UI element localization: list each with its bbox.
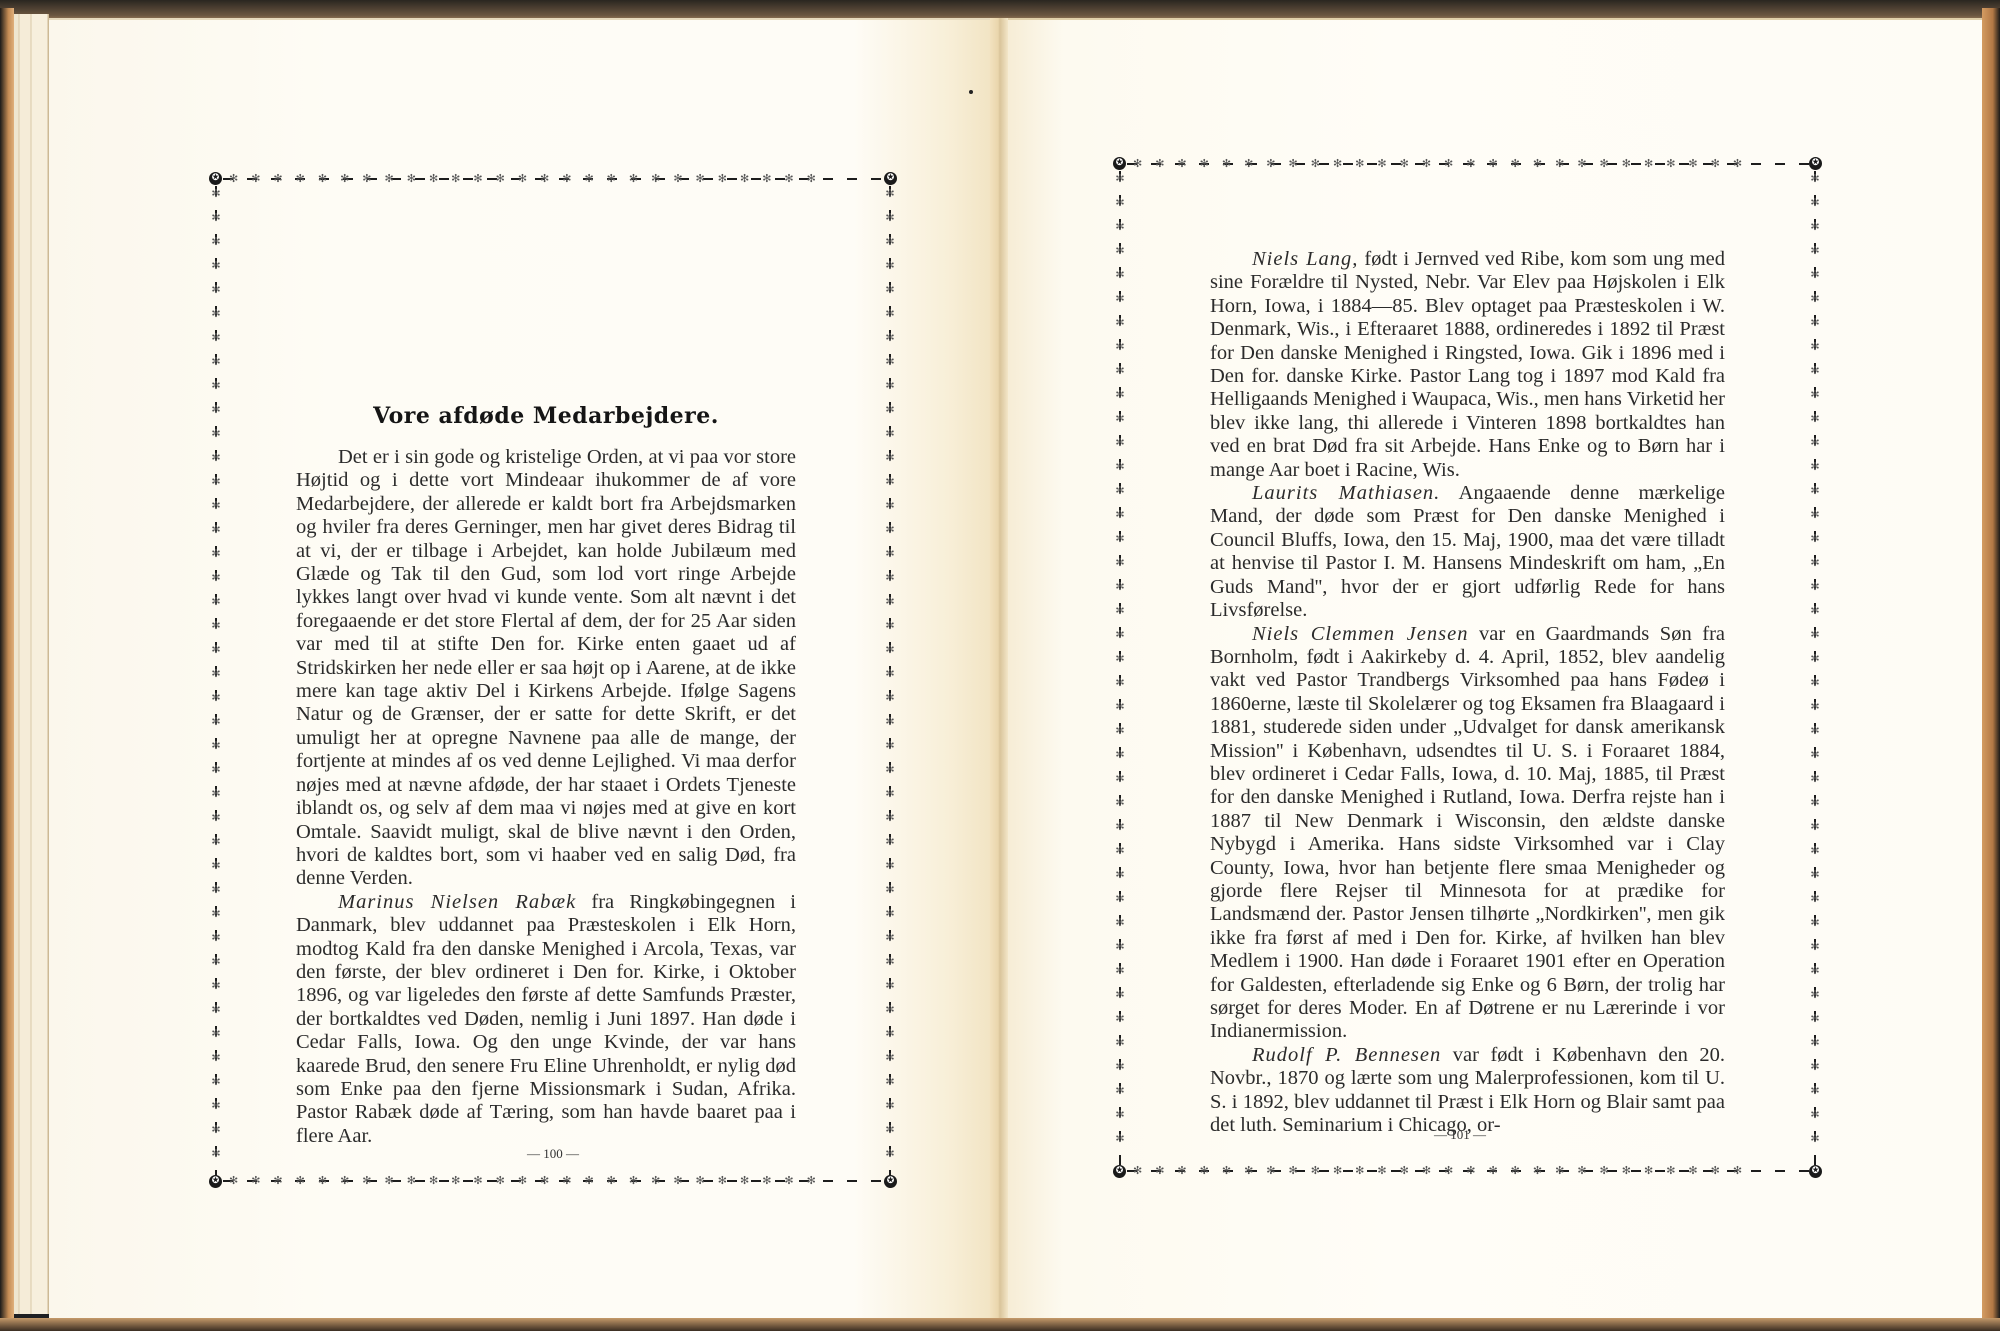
person-name: Marinus Nielsen Rabæk	[338, 891, 576, 913]
page-stack-left	[14, 14, 49, 1314]
corner-star-icon: ✪	[1113, 157, 1126, 170]
border-bottom: ✻✻✻✻✻✻✻✻✻✻✻✻✻✻✻✻✻✻✻✻✻✻✻✻✻✻✻	[219, 1174, 887, 1188]
paragraph-jensen: Niels Clemmen Jensen var en Gaardmands S…	[1210, 623, 1725, 1044]
star-ornament-row: ✻✻✻✻✻✻✻✻✻✻✻✻✻✻✻✻✻✻✻✻✻✻✻✻✻✻✻✻	[1123, 157, 1812, 171]
person-name: Niels Lang,	[1252, 248, 1358, 270]
star-ornament-column: ✻✻✻✻✻✻✻✻✻✻✻✻✻✻✻✻✻✻✻✻✻✻✻✻✻✻✻✻✻✻✻✻✻✻✻✻✻✻✻✻…	[1808, 167, 1822, 1168]
paragraph-text: fra Ringkøbingegnen i Danmark, blev udda…	[296, 891, 796, 1147]
paragraph-intro: Det er i sin gode og kristelige Orden, a…	[296, 446, 796, 891]
star-ornament-row: ✻✻✻✻✻✻✻✻✻✻✻✻✻✻✻✻✻✻✻✻✻✻✻✻✻✻✻	[219, 172, 887, 186]
corner-star-icon: ✪	[1113, 1165, 1126, 1178]
paper-speck	[969, 90, 973, 94]
page-number-left: — 100 —	[493, 1146, 613, 1162]
star-ornament-column: ✻✻✻✻✻✻✻✻✻✻✻✻✻✻✻✻✻✻✻✻✻✻✻✻✻✻✻✻✻✻✻✻✻✻✻✻✻✻✻✻…	[883, 182, 897, 1178]
paragraph-text: var en Gaardmands Søn fra Bornholm, født…	[1210, 623, 1725, 1043]
left-page-body: Det er i sin gode og kristelige Orden, a…	[296, 446, 796, 1148]
book-cover-right-edge	[1982, 8, 2000, 1323]
border-left: ✻✻✻✻✻✻✻✻✻✻✻✻✻✻✻✻✻✻✻✻✻✻✻✻✻✻✻✻✻✻✻✻✻✻✻✻✻✻✻✻…	[209, 182, 223, 1178]
person-name: Niels Clemmen Jensen	[1252, 623, 1468, 645]
corner-star-icon: ✪	[884, 172, 897, 185]
book-cover-left-edge	[0, 8, 14, 1323]
border-top: ✻✻✻✻✻✻✻✻✻✻✻✻✻✻✻✻✻✻✻✻✻✻✻✻✻✻✻✻	[1123, 157, 1812, 171]
border-right: ✻✻✻✻✻✻✻✻✻✻✻✻✻✻✻✻✻✻✻✻✻✻✻✻✻✻✻✻✻✻✻✻✻✻✻✻✻✻✻✻…	[1808, 167, 1822, 1168]
corner-star-icon: ✪	[1809, 1165, 1822, 1178]
page-number-right: — 101 —	[1400, 1127, 1520, 1143]
corner-star-icon: ✪	[884, 1175, 897, 1188]
paragraph-text: Det er i sin gode og kristelige Orden, a…	[296, 446, 796, 889]
border-right: ✻✻✻✻✻✻✻✻✻✻✻✻✻✻✻✻✻✻✻✻✻✻✻✻✻✻✻✻✻✻✻✻✻✻✻✻✻✻✻✻…	[883, 182, 897, 1178]
star-ornament-column: ✻✻✻✻✻✻✻✻✻✻✻✻✻✻✻✻✻✻✻✻✻✻✻✻✻✻✻✻✻✻✻✻✻✻✻✻✻✻✻✻…	[209, 182, 223, 1178]
corner-star-icon: ✪	[1809, 157, 1822, 170]
person-name: Rudolf P. Bennesen	[1252, 1044, 1441, 1066]
chapter-title: Vore afdøde Medarbejdere.	[296, 403, 796, 429]
book-bottom-edge	[0, 1318, 2000, 1331]
corner-star-icon: ✪	[209, 1175, 222, 1188]
paragraph-text: født i Jernved ved Ribe, kom som ung med…	[1210, 248, 1725, 481]
border-bottom: ✻✻✻✻✻✻✻✻✻✻✻✻✻✻✻✻✻✻✻✻✻✻✻✻✻✻✻✻	[1123, 1164, 1812, 1178]
border-top: ✻✻✻✻✻✻✻✻✻✻✻✻✻✻✻✻✻✻✻✻✻✻✻✻✻✻✻	[219, 172, 887, 186]
corner-star-icon: ✪	[209, 172, 222, 185]
paragraph-mathiasen: Laurits Mathiasen. Angaaende denne mærke…	[1210, 482, 1725, 622]
star-ornament-row: ✻✻✻✻✻✻✻✻✻✻✻✻✻✻✻✻✻✻✻✻✻✻✻✻✻✻✻	[219, 1174, 887, 1188]
right-page-body: Niels Lang, født i Jernved ved Ribe, kom…	[1210, 248, 1725, 1137]
paragraph-bennesen: Rudolf P. Bennesen var født i København …	[1210, 1044, 1725, 1138]
paragraph-rabaek: Marinus Nielsen Rabæk fra Ringkøbingegne…	[296, 891, 796, 1148]
person-name: Laurits Mathiasen.	[1252, 482, 1440, 504]
book-gutter	[990, 18, 1008, 1318]
border-left: ✻✻✻✻✻✻✻✻✻✻✻✻✻✻✻✻✻✻✻✻✻✻✻✻✻✻✻✻✻✻✻✻✻✻✻✻✻✻✻✻…	[1113, 167, 1127, 1168]
paragraph-lang: Niels Lang, født i Jernved ved Ribe, kom…	[1210, 248, 1725, 482]
star-ornament-row: ✻✻✻✻✻✻✻✻✻✻✻✻✻✻✻✻✻✻✻✻✻✻✻✻✻✻✻✻	[1123, 1164, 1812, 1178]
star-ornament-column: ✻✻✻✻✻✻✻✻✻✻✻✻✻✻✻✻✻✻✻✻✻✻✻✻✻✻✻✻✻✻✻✻✻✻✻✻✻✻✻✻…	[1113, 167, 1127, 1168]
